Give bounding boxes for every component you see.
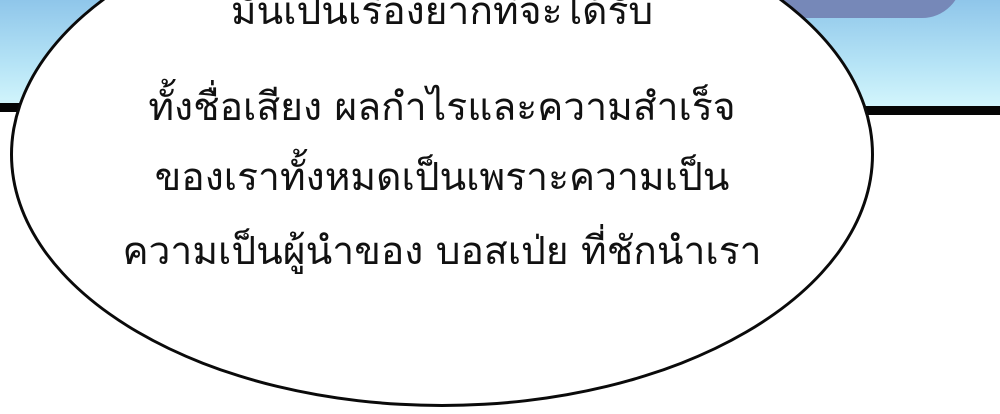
speech-line-1: มันเป็นเรื่องยากที่จะได้รับ [0,0,884,42]
speech-line-4: ความเป็นผู้นำของ บอสเป่ย ที่ชักนำเรา [0,222,884,282]
speech-line-2: ทั้งชื่อเสียง ผลกำไรและความสำเร็จ [0,78,884,138]
comic-panel: มันเป็นเรื่องยากที่จะได้รับ ทั้งชื่อเสีย… [0,0,1000,414]
speech-line-3: ของเราทั้งหมดเป็นเพราะความเป็น [0,148,884,208]
